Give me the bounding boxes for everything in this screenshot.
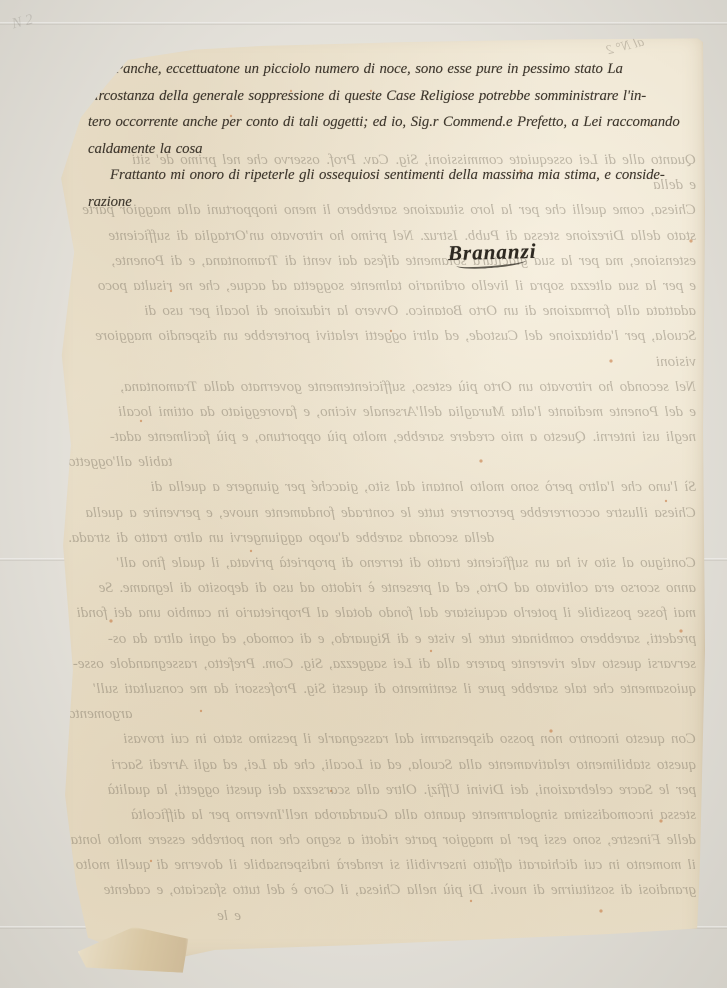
backing-crease [0,22,727,25]
bleedthrough-line: mai fosse possibile il poterlo acquistar… [68,601,696,626]
foxing-spots [50,30,52,32]
manuscript-paper: al N° 2 Quanto alle di Lei ossequiate co… [50,30,705,962]
signature: Brananzi [448,239,537,266]
bleedthrough-line: per le Sacre celebrazioni, dei Divini Uf… [68,778,696,803]
bleedthrough-line: Sì l'uno che l'altro però sono molto lon… [68,475,696,500]
letter-text-line: circostanza della generale soppressione … [88,83,704,110]
bleedthrough-line: tabile all'oggetto [68,450,696,475]
bleedthrough-line: estensione, ma per la sua giacitura sola… [68,249,696,274]
bleedthrough-line: servarsi questo vale riverente parere al… [68,652,696,677]
bleedthrough-text: Quanto alle di Lei ossequiate commission… [68,148,696,929]
bleedthrough-line: e le [68,904,696,929]
bleedthrough-line: questo stabilimento relativamente alla S… [68,753,696,778]
bleedthrough-line: delle Finestre, sono essi per la maggior… [68,828,696,853]
bleedthrough-line: anno scorso era coltivato ad Orto, ed al… [68,576,696,601]
corner-annotation: al N° 2 [605,34,646,59]
bleedthrough-line: il momento in cui dichiarati affatto ins… [68,853,696,878]
scan-background: N 2 al N° 2 Quanto alle di Lei ossequiat… [0,0,727,988]
bleedthrough-line: Chiesa illustre occorrerebbe percorrere … [68,501,696,526]
bleedthrough-line: della seconda sarebbe d'uopo aggiungervi… [68,526,696,551]
letter-text-line: tero occorrente anche per conto di tali … [88,109,704,136]
bleedthrough-line: stessa incomodissima singolarmente quant… [68,803,696,828]
bleedthrough-line: Contiguo al sito vi ha un sufficiente tr… [68,551,696,576]
bleedthrough-line: Con questo incontro non posso dispensarm… [68,727,696,752]
bleedthrough-line: adattata alla formazione di un Orto Bota… [68,299,696,324]
letter-text-line: razione [88,189,704,216]
backing-mark: N 2 [10,12,35,34]
bleedthrough-line: predetti, sarebbero combinate tutte le v… [68,627,696,652]
bleedthrough-line: e per la sua altezza sopra il livello or… [68,274,696,299]
bleedthrough-line: visioni [68,350,696,375]
letter-text-line: Frattanto mi onoro di ripeterle gli osse… [88,162,704,189]
bleedthrough-line: Nel secondo ho ritrovato un Orto più est… [68,375,696,400]
letter-text-line: caldamente la cosa [88,136,704,163]
bleedthrough-line: quiosamente che tale sarebbe pure il sen… [68,677,696,702]
bleedthrough-line: grandiosi di sostituirne di nuovi. Di pi… [68,878,696,903]
bleedthrough-line: stato della Direzione stessa di Pubb. Is… [68,224,696,249]
letter-body: e le Panche, eccettuatone un picciolo nu… [88,56,704,216]
bleedthrough-line: negli usi interni. Questo a mio credere … [68,425,696,450]
letter-text-line: e le Panche, eccettuatone un picciolo nu… [88,56,704,83]
bleedthrough-line: e del Ponente mediante l'alta Muraglia d… [68,400,696,425]
bleedthrough-line: Scuola, per l'abitazione del Custode, ed… [68,324,696,349]
bleedthrough-line: argomento [68,702,696,727]
